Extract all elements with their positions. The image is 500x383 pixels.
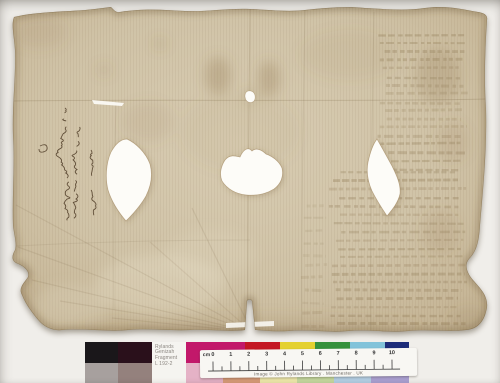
faded-text-line [302, 312, 325, 313]
faded-text-line [332, 265, 467, 266]
faded-text-line [301, 277, 323, 278]
calibration-swatch [85, 342, 118, 363]
faded-text-line [380, 126, 467, 127]
scan-stage: Rylands Genizah Fragment L 192-2 cm 0123… [0, 0, 500, 383]
paper-sheet [0, 0, 500, 345]
faded-text-line [305, 265, 327, 266]
faded-text-line [380, 59, 465, 60]
calibration-swatch [118, 342, 152, 363]
faded-text-line [305, 290, 324, 291]
faded-text-line [336, 290, 462, 291]
calibration-swatch [85, 363, 118, 383]
manuscript-fragment [0, 0, 500, 383]
label-line: L 192-2 [155, 362, 186, 368]
ruler: cm 012345678910 Image © John Rylands Lib… [200, 348, 417, 378]
calibration-swatch [118, 363, 152, 383]
catalog-label: Rylands Genizah Fragment L 192-2 [152, 342, 186, 383]
faded-text-line [384, 170, 458, 171]
